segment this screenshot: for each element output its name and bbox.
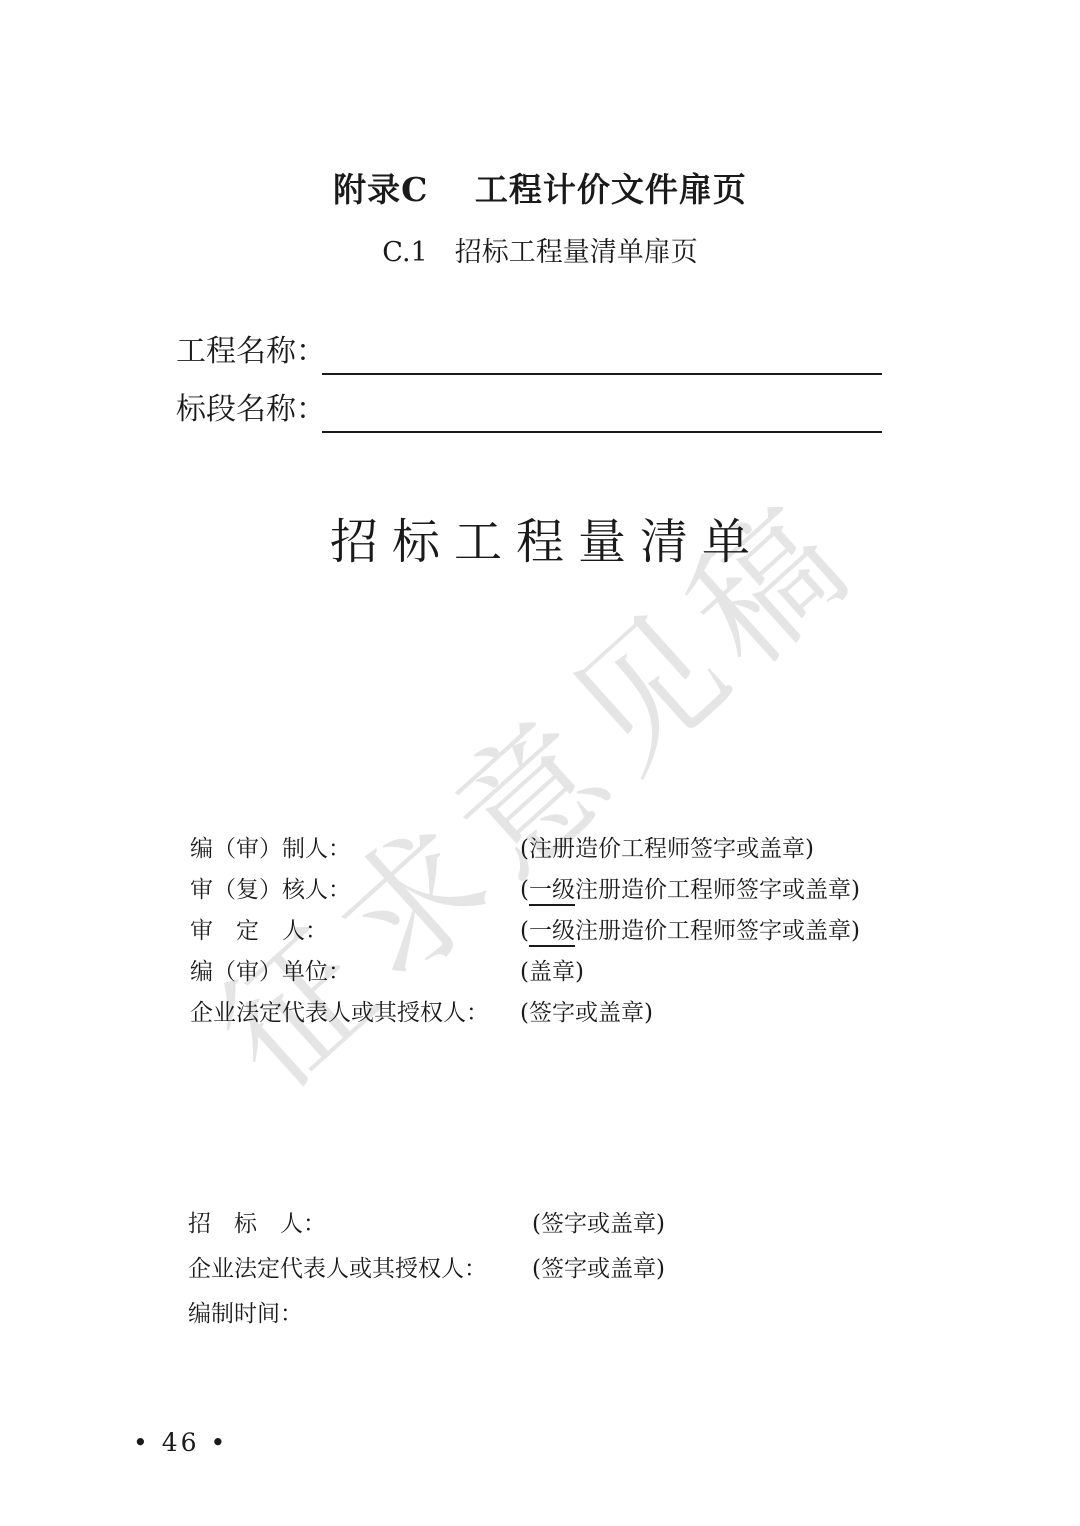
preparing-unit-note: (盖章)	[520, 957, 584, 987]
approver-label: 审 定 人：	[190, 916, 520, 946]
document-page: 征求意见稿 附录C 工程计价文件扉页 C.1 招标工程量清单扉页 工程名称： 标…	[0, 0, 1080, 1526]
tenderer-legal-representative-row: 企业法定代表人或其授权人： (签字或盖章)	[188, 1254, 665, 1284]
preparer-row: 编（审）制人： (注册造价工程师签字或盖章)	[190, 834, 860, 864]
reviewer-row: 审（复）核人： (一级注册造价工程师签字或盖章)	[190, 875, 860, 905]
approver-row: 审 定 人： (一级注册造价工程师签字或盖章)	[190, 916, 860, 946]
appendix-title: 附录C 工程计价文件扉页	[0, 164, 1080, 211]
tender-section-blank-line	[322, 431, 882, 433]
signature-block-upper: 编（审）制人： (注册造价工程师签字或盖章) 审（复）核人： (一级注册造价工程…	[190, 834, 860, 1039]
preparer-label: 编（审）制人：	[190, 834, 520, 864]
section-title: C.1 招标工程量清单扉页	[0, 230, 1080, 269]
tenderer-legal-representative-label: 企业法定代表人或其授权人：	[188, 1254, 532, 1284]
tenderer-label: 招 标 人：	[188, 1209, 532, 1239]
note-underlined: 一级	[529, 877, 575, 906]
tenderer-row: 招 标 人： (签字或盖章)	[188, 1209, 665, 1239]
note-pre: (	[520, 918, 529, 944]
reviewer-label: 审（复）核人：	[190, 875, 520, 905]
note-pre: (	[520, 1000, 529, 1026]
note-post: 注册造价工程师签字或盖章)	[529, 836, 814, 862]
main-title: 招标工程量清单	[0, 503, 1080, 572]
preparing-unit-label: 编（审）单位：	[190, 957, 520, 987]
preparer-note: (注册造价工程师签字或盖章)	[520, 834, 814, 864]
legal-representative-note: (签字或盖章)	[520, 998, 653, 1028]
tenderer-legal-representative-note: (签字或盖章)	[532, 1254, 665, 1284]
project-name-label: 工程名称：	[176, 334, 326, 370]
reviewer-note: (一级注册造价工程师签字或盖章)	[520, 875, 860, 905]
note-underlined: 一级	[529, 918, 575, 947]
note-pre: (	[520, 959, 529, 985]
note-post: 签字或盖章)	[529, 1000, 653, 1026]
page-content: 附录C 工程计价文件扉页 C.1 招标工程量清单扉页 工程名称： 标段名称： 招…	[0, 0, 1080, 1526]
signature-block-lower: 招 标 人： (签字或盖章) 企业法定代表人或其授权人： (签字或盖章) 编制时…	[188, 1209, 665, 1344]
preparing-unit-row: 编（审）单位： (盖章)	[190, 957, 860, 987]
legal-representative-label: 企业法定代表人或其授权人：	[190, 998, 520, 1028]
note-pre: (	[520, 877, 529, 903]
compilation-date-row: 编制时间：	[188, 1299, 665, 1329]
approver-note: (一级注册造价工程师签字或盖章)	[520, 916, 860, 946]
compilation-date-label: 编制时间：	[188, 1299, 532, 1329]
project-name-blank-line	[322, 373, 882, 375]
note-post: 注册造价工程师签字或盖章)	[575, 918, 860, 944]
note-pre: (	[520, 836, 529, 862]
note-post: 盖章)	[529, 959, 584, 985]
tenderer-note: (签字或盖章)	[532, 1209, 665, 1239]
tender-section-label: 标段名称：	[176, 392, 326, 428]
note-post: 注册造价工程师签字或盖章)	[575, 877, 860, 903]
legal-representative-row: 企业法定代表人或其授权人： (签字或盖章)	[190, 998, 860, 1028]
page-number: • 46 •	[133, 1428, 228, 1457]
